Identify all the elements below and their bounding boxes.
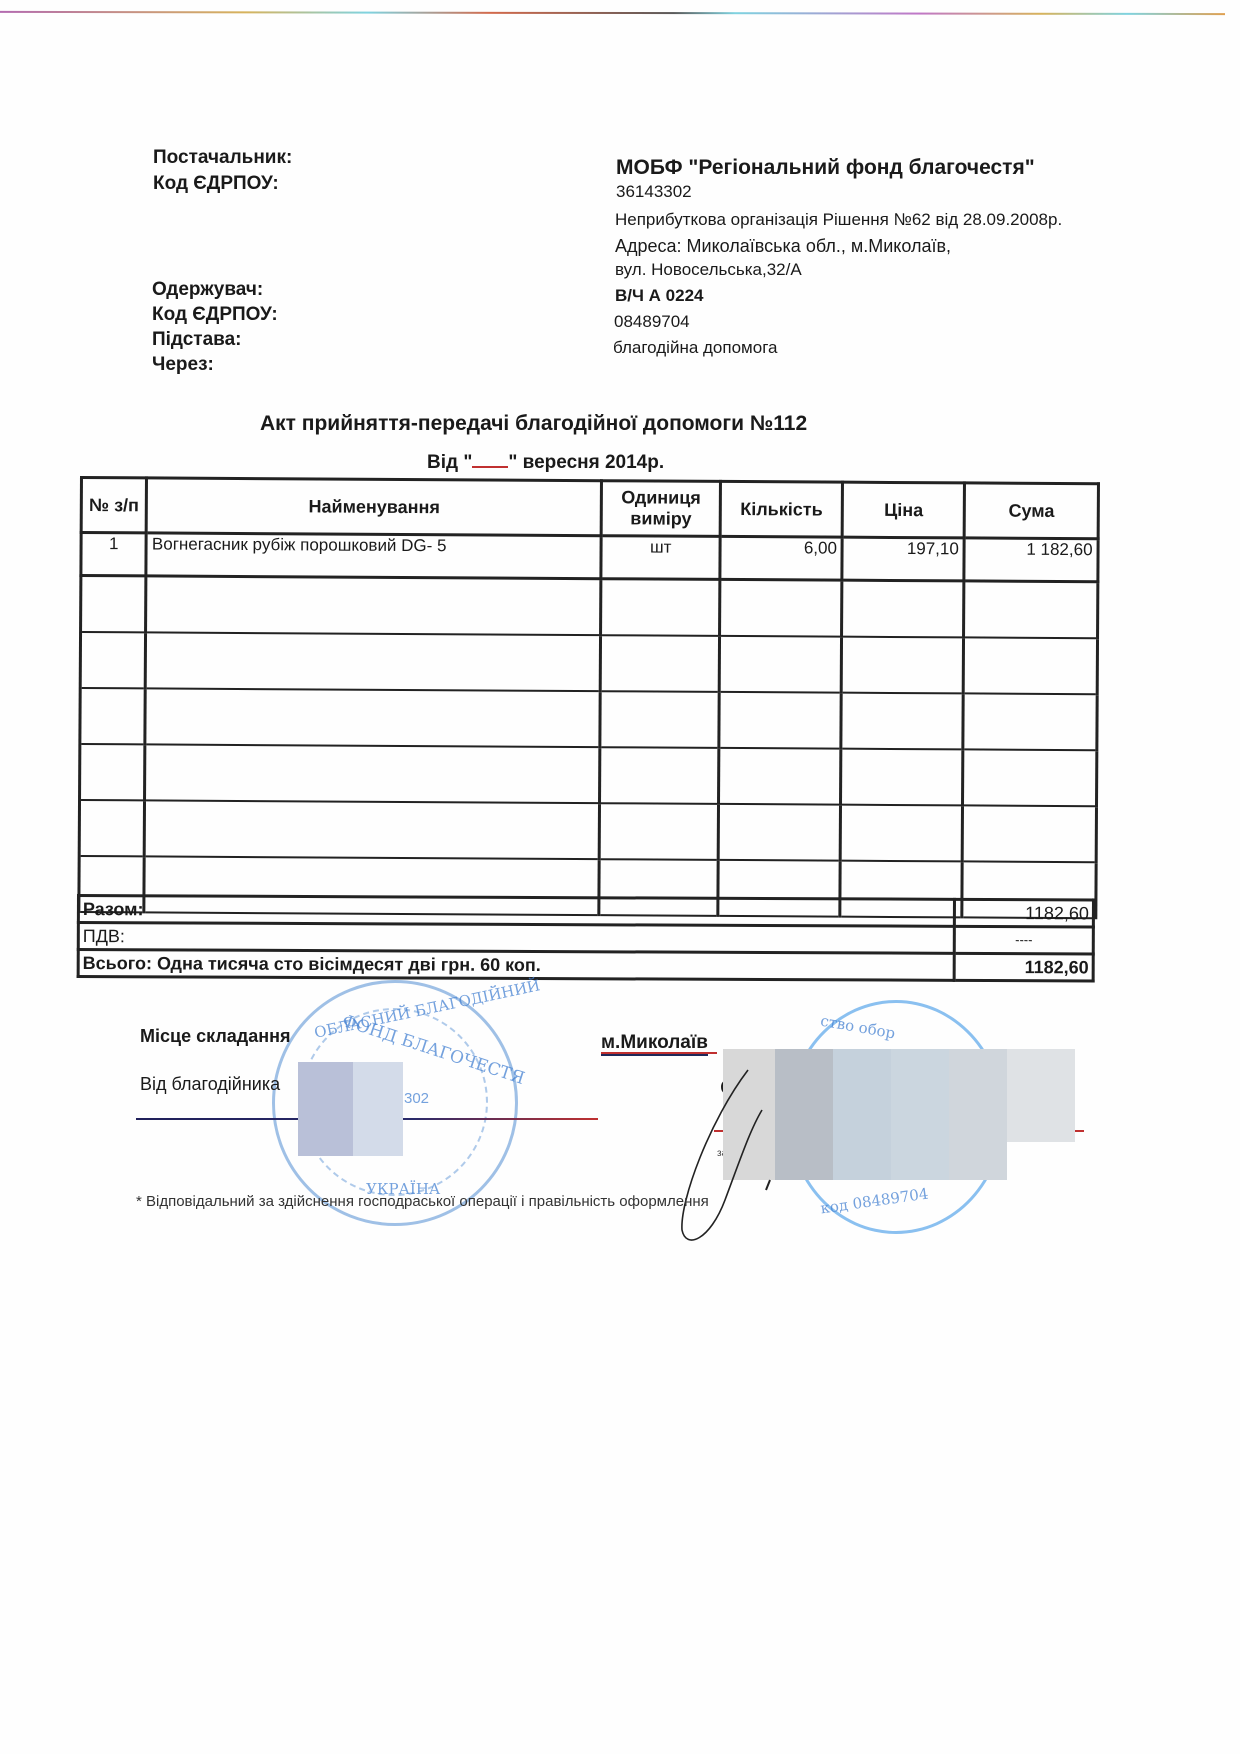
supplier-code-label: Код ЄДРПОУ: [153,172,279,196]
redacted-block [833,1049,891,1180]
redacted-block [1007,1049,1075,1142]
empty-cell [963,749,1097,806]
handwritten-signature [670,1040,810,1250]
cell-sum: 1 182,60 [964,538,1098,582]
vat-label: ПДВ: [78,923,954,954]
redacted-block [353,1062,403,1156]
empty-cell [962,805,1096,862]
document-title: Акт прийняття-передачі благодійної допом… [260,412,807,436]
subtotal-value: 1182,60 [954,899,1093,927]
empty-cell [80,744,146,800]
date-day-blank [472,452,508,468]
date-prefix: Від " [427,452,472,473]
cell-name: Вогнегасник рубіж порошковий DG- 5 [146,533,601,579]
empty-cell [963,637,1097,694]
empty-cell [146,576,601,635]
empty-cell [79,800,145,856]
supplier-code: 36143302 [616,180,692,204]
empty-cell [963,693,1097,750]
empty-cell [80,632,146,688]
total-label: Всього: Одна тисяча сто вісімдесят дві г… [78,950,954,981]
empty-cell [600,803,719,860]
empty-cell [145,800,600,859]
supplier-status: Неприбуткова організація Рішення №62 від… [615,208,1062,232]
cell-unit: шт [601,536,720,580]
empty-cell [718,804,841,861]
col-name: Найменування [146,478,601,536]
recipient-code: 08489704 [614,310,690,334]
col-unit: Одиниця виміру [602,481,721,537]
table-row-empty [80,744,1097,806]
table-row-empty [80,688,1097,750]
empty-cell [80,688,146,744]
empty-cell [145,744,600,803]
table-row-empty [79,800,1096,862]
redacted-block [891,1049,949,1180]
col-number: № з/п [81,478,147,533]
empty-cell [841,805,963,862]
empty-cell [146,632,601,691]
empty-cell [719,636,842,693]
empty-cell [81,576,147,633]
empty-cell [841,693,963,750]
cell-quantity: 6,00 [720,536,843,580]
redacted-block [949,1049,1007,1180]
via-label: Через: [152,353,214,377]
recipient-label: Одержувач: [152,278,263,302]
empty-cell [601,579,720,636]
supplier-label: Постачальник: [153,146,292,170]
redacted-block [298,1062,353,1156]
empty-cell [600,691,719,748]
empty-cell [964,581,1098,638]
col-sum: Сума [964,483,1098,539]
empty-cell [842,637,964,694]
cell-price: 197,10 [842,537,964,581]
cell-number: 1 [81,533,147,576]
total-row: Всього: Одна тисяча сто вісімдесят дві г… [78,950,1093,981]
place-label: Місце складання [140,1024,290,1048]
empty-cell [718,748,841,805]
from-donor-label: Від благодійника [140,1072,280,1096]
empty-cell [145,688,600,747]
supplier-name: МОБФ "Регіональний фонд благочестя" [616,156,1035,180]
items-table: № з/п Найменування Одиниця виміру Кількі… [77,476,1100,919]
table-row-empty [81,576,1098,639]
table-row-empty [80,632,1097,694]
empty-cell [842,580,964,637]
footnote: * Відповідальний за здійснення господрас… [136,1193,709,1210]
subtotal-label: Разом: [78,896,954,927]
recipient-name: В/Ч А 0224 [615,284,704,308]
date-suffix: " вересня 2014р. [508,452,664,473]
table-header-row: № з/п Найменування Одиниця виміру Кількі… [81,478,1098,539]
empty-cell [841,749,963,806]
empty-cell [601,635,720,692]
empty-cell [600,747,719,804]
empty-cell [719,692,842,749]
recipient-code-label: Код ЄДРПОУ: [152,303,278,327]
empty-cell [719,579,842,636]
col-quantity: Кількість [720,481,843,537]
basis-label: Підстава: [152,328,242,352]
document-date: Від "" вересня 2014р. [427,452,664,474]
donor-stamp-code-fragment: 302 [404,1090,429,1107]
vat-value: ---- [954,926,1093,954]
basis-value: благодійна допомога [613,336,777,360]
supplier-address-2: вул. Новосельська,32/А [615,258,802,282]
table-row: 1 Вогнегасник рубіж порошковий DG- 5 шт … [81,533,1098,582]
supplier-address-1: Адреса: Миколаївська обл., м.Миколаїв, [615,234,951,258]
total-value: 1182,60 [954,953,1093,981]
scan-edge-line [0,11,1225,15]
col-price: Ціна [843,482,965,538]
totals-table: Разом: 1182,60 ПДВ: ---- Всього: Одна ти… [77,894,1095,982]
